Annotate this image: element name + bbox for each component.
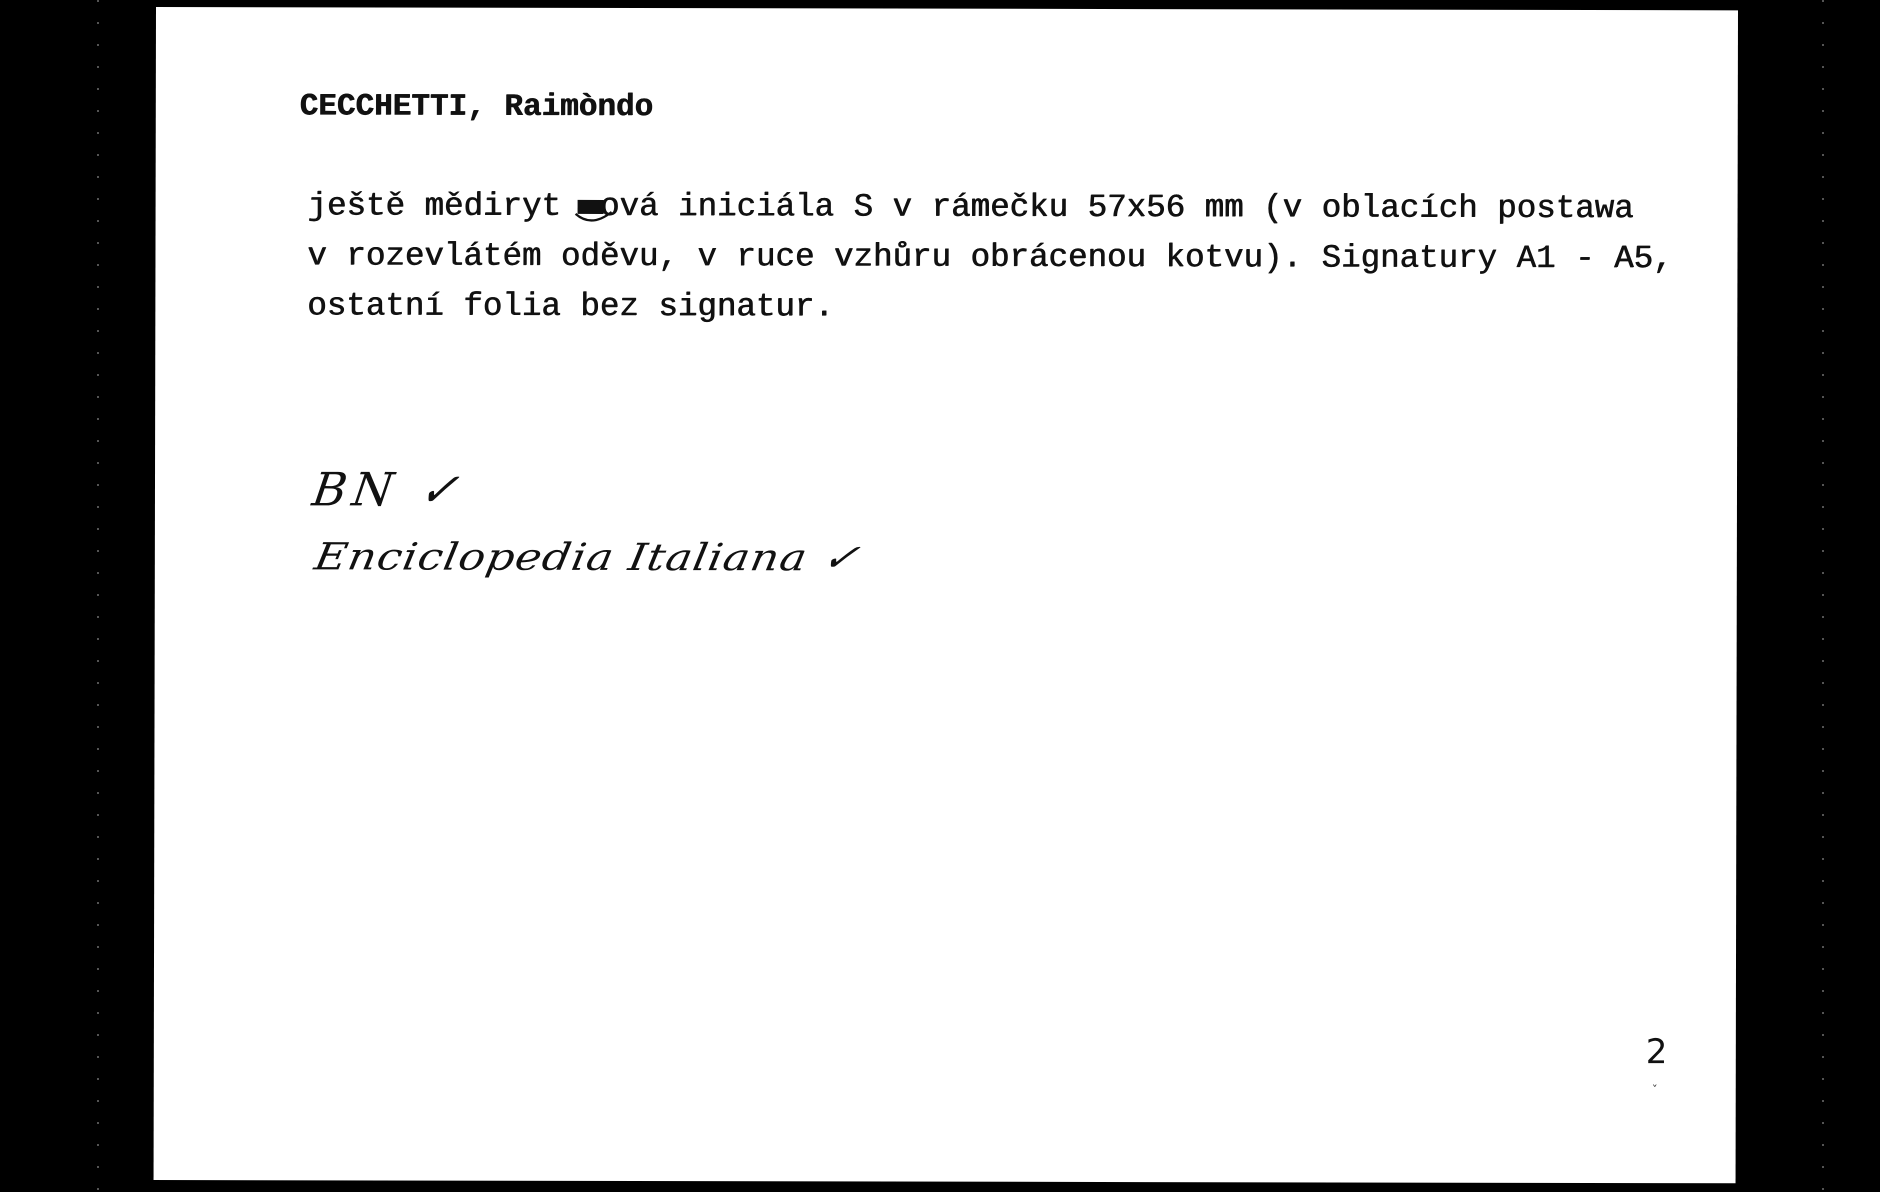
scan-margin-dots-right: [1822, 0, 1824, 1192]
page-number: 2: [1646, 1032, 1668, 1072]
page-mark: ˇ: [1652, 1083, 1658, 1097]
card-body-line-3: ostatní folia bez signatur.: [307, 287, 834, 325]
handwritten-note-enciclopedia: Enciclopedia Italiana ✓: [311, 535, 864, 579]
handwritten-note-bn: BN ✓: [309, 462, 468, 516]
card-body-line-1: ještě mědiryt ová iniciála S v rámečku 5…: [308, 187, 1634, 227]
catalog-card: CECCHETTI, Raimòndo ještě mědiryt ová in…: [154, 7, 1738, 1183]
strikeout-scribble-icon: [572, 198, 616, 224]
scan-margin-dots-left: [97, 0, 99, 1192]
card-body-line-2: v rozevlátém oděvu, v ruce vzhůru obráce…: [307, 237, 1672, 277]
card-heading: CECCHETTI, Raimòndo: [300, 89, 654, 125]
